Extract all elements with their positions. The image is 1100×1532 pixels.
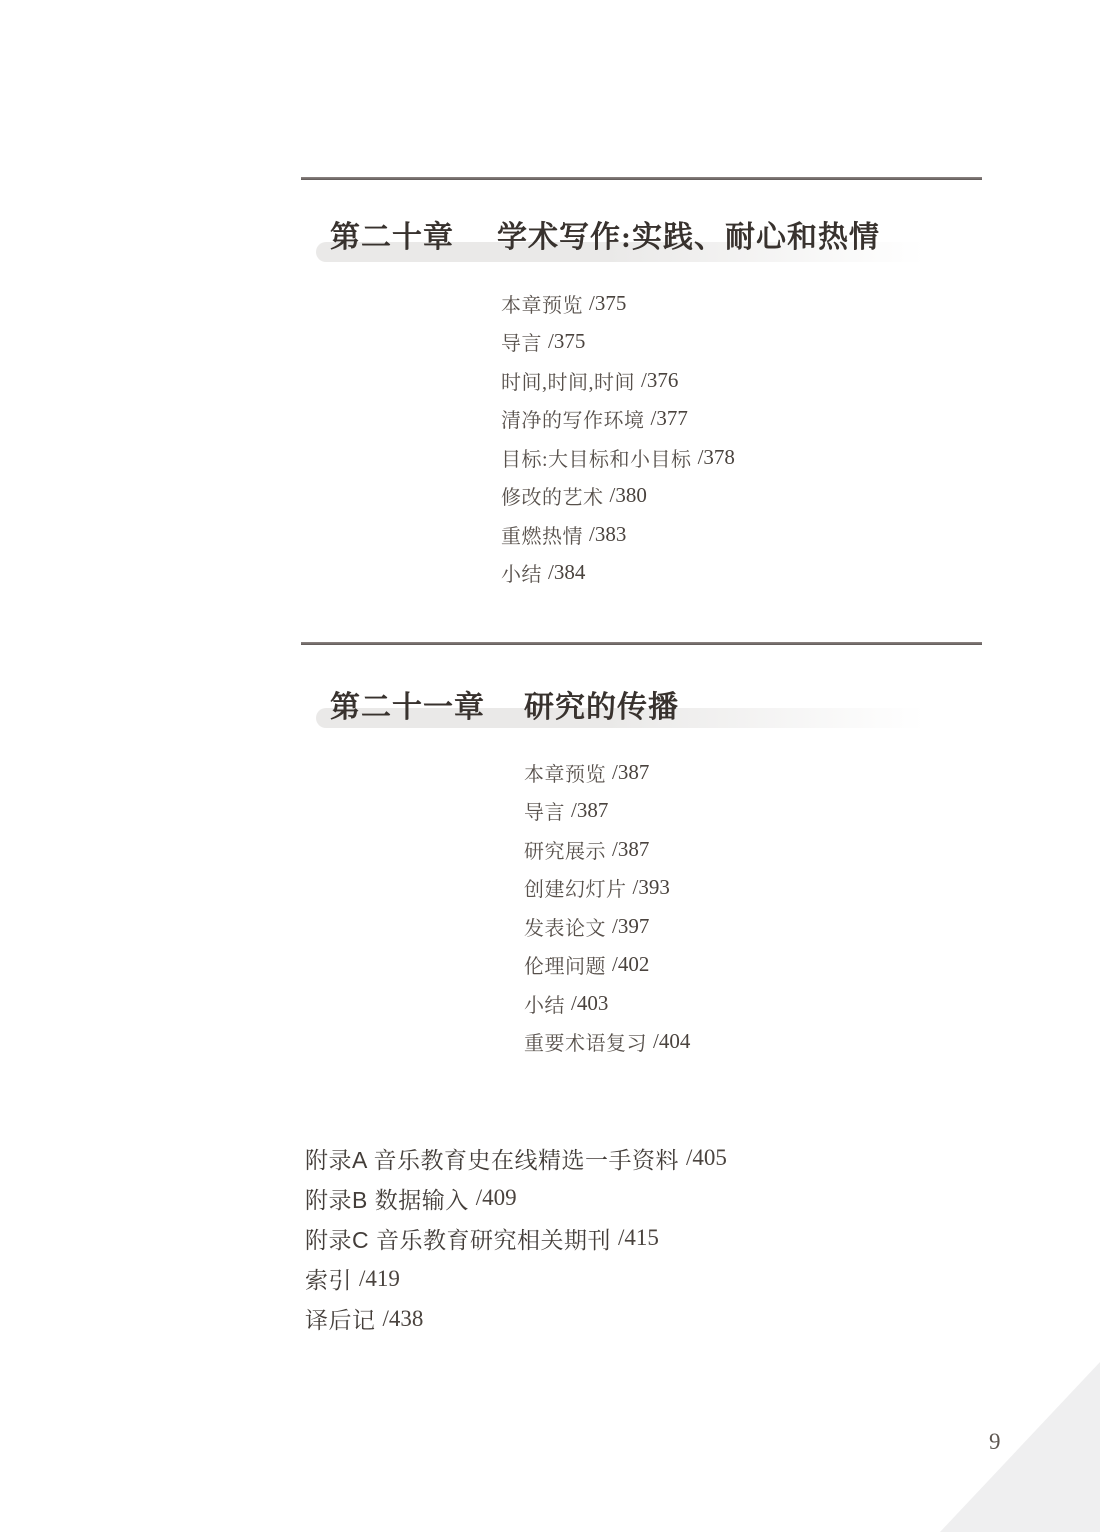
toc-item: 小结/403 [524, 984, 690, 1023]
toc-item-title: 本章预览 [501, 289, 583, 318]
toc-item-page: /383 [589, 522, 626, 547]
toc-item-title: 时间,时间,时间 [501, 366, 635, 395]
toc-item-page: /415 [618, 1225, 659, 1251]
toc-item-page: /438 [383, 1306, 424, 1332]
toc-item-title: 小结 [524, 989, 565, 1018]
toc-item: 伦理问题/402 [524, 946, 690, 985]
toc-item-title: 导言 [524, 796, 565, 825]
chapter-20-heading: 第二十章 学术写作:实践、耐心和热情 [0, 220, 1100, 284]
toc-item-page: /419 [359, 1266, 400, 1292]
toc-item-title: 研究展示 [524, 835, 606, 864]
toc-item: 附录A 音乐教育史在线精选一手资料/405 [305, 1138, 727, 1178]
toc-item: 研究展示/387 [524, 830, 690, 869]
toc-item-page: /403 [571, 991, 608, 1016]
toc-item: 重燃热情/383 [501, 515, 735, 554]
toc-item: 本章预览/387 [524, 753, 690, 792]
chapter-20-label: 第二十章 [330, 220, 454, 256]
toc-item: 发表论文/397 [524, 907, 690, 946]
toc-item-page: /409 [476, 1185, 517, 1211]
chapter-20-section-list: 本章预览/375导言/375时间,时间,时间/376清净的写作环境/377目标:… [501, 284, 735, 592]
chapter-21-heading: 第二十一章 研究的传播 [0, 690, 1100, 754]
toc-item-page: /402 [612, 952, 649, 977]
chapter-21-title: 研究的传播 [524, 690, 679, 726]
toc-item-title: 重要术语复习 [524, 1027, 647, 1056]
page-number: 9 [989, 1429, 1001, 1455]
toc-item: 清净的写作环境/377 [501, 400, 735, 439]
toc-item-title: 本章预览 [524, 758, 606, 787]
toc-item-page: /376 [641, 368, 678, 393]
toc-item-title: 附录A 音乐教育史在线精选一手资料 [305, 1142, 679, 1175]
toc-item-page: /377 [651, 406, 688, 431]
toc-item: 本章预览/375 [501, 284, 735, 323]
toc-item: 目标:大目标和小目标/378 [501, 438, 735, 477]
toc-item-title: 导言 [501, 327, 542, 356]
toc-item-page: /387 [571, 798, 608, 823]
toc-item: 译后记/438 [305, 1299, 727, 1339]
toc-item: 时间,时间,时间/376 [501, 361, 735, 400]
toc-item: 导言/387 [524, 792, 690, 831]
toc-item-page: /393 [633, 875, 670, 900]
toc-item: 附录C 音乐教育研究相关期刊/415 [305, 1218, 727, 1258]
toc-item: 索引/419 [305, 1259, 727, 1299]
toc-item-title: 清净的写作环境 [501, 404, 645, 433]
toc-item-page: /387 [612, 837, 649, 862]
toc-item: 修改的艺术/380 [501, 477, 735, 516]
toc-item-title: 小结 [501, 558, 542, 587]
toc-item-page: /387 [612, 760, 649, 785]
toc-item: 创建幻灯片/393 [524, 869, 690, 908]
toc-item-page: /397 [612, 914, 649, 939]
chapter-21-section-list: 本章预览/387导言/387研究展示/387创建幻灯片/393发表论文/397伦… [524, 753, 690, 1061]
toc-item-title: 重燃热情 [501, 520, 583, 549]
toc-page: 第二十章 学术写作:实践、耐心和热情 本章预览/375导言/375时间,时间,时… [0, 0, 1100, 1532]
toc-item-page: /375 [548, 329, 585, 354]
toc-item-title: 发表论文 [524, 912, 606, 941]
toc-item-page: /380 [610, 483, 647, 508]
backmatter-list: 附录A 音乐教育史在线精选一手资料/405附录B 数据输入/409附录C 音乐教… [305, 1138, 727, 1339]
corner-triangle-decoration [940, 1362, 1100, 1532]
toc-item-page: /378 [698, 445, 735, 470]
toc-item-page: /404 [653, 1029, 690, 1054]
toc-item-title: 附录C 音乐教育研究相关期刊 [305, 1222, 611, 1255]
toc-item-title: 索引 [305, 1262, 352, 1295]
toc-item-title: 译后记 [305, 1302, 376, 1335]
toc-item: 重要术语复习/404 [524, 1023, 690, 1062]
toc-item: 小结/384 [501, 554, 735, 593]
toc-item-title: 目标:大目标和小目标 [501, 443, 692, 472]
toc-item-title: 创建幻灯片 [524, 873, 627, 902]
toc-item-page: /405 [686, 1145, 727, 1171]
toc-item-page: /375 [589, 291, 626, 316]
toc-item: 导言/375 [501, 323, 735, 362]
toc-item-title: 附录B 数据输入 [305, 1182, 469, 1215]
toc-item-title: 伦理问题 [524, 950, 606, 979]
divider-rule-middle [301, 642, 982, 645]
toc-item: 附录B 数据输入/409 [305, 1178, 727, 1218]
divider-rule-top [301, 177, 982, 180]
toc-item-title: 修改的艺术 [501, 481, 604, 510]
chapter-21-label: 第二十一章 [330, 690, 485, 726]
chapter-20-title: 学术写作:实践、耐心和热情 [497, 220, 880, 256]
toc-item-page: /384 [548, 560, 585, 585]
